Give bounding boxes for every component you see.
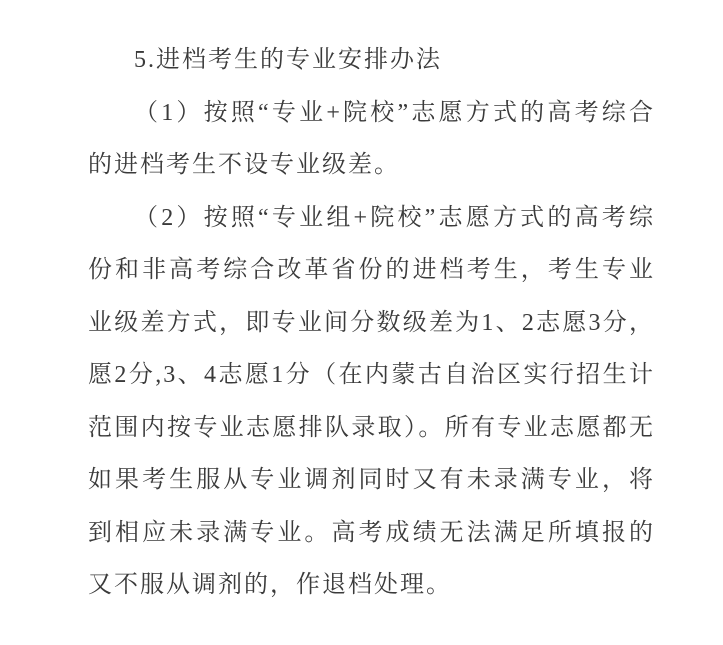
document-line: 如果考生服从专业调剂同时又有未录满专业，将由学校调剂: [88, 454, 655, 507]
document-text-block: 5.进档考生的专业安排办法 （1）按照“专业+院校”志愿方式的高考综合改革省份 …: [88, 34, 655, 612]
paragraph-heading: 5.进档考生的专业安排办法: [88, 34, 655, 87]
document-page: 5.进档考生的专业安排办法 （1）按照“专业+院校”志愿方式的高考综合改革省份 …: [0, 0, 723, 645]
document-line: 业级差方式，即专业间分数级差为1、2志愿3分，2、3志: [88, 297, 655, 350]
document-line: 范围内按专业志愿排队录取）。所有专业志愿都无法满足时，: [88, 402, 655, 455]
document-line: 份和非高考综合改革省份的进档考生，考生专业志愿选择专: [88, 244, 655, 297]
document-line: 的进档考生不设专业级差。: [88, 139, 655, 192]
document-line: （2）按照“专业组+院校”志愿方式的高考综合改革省: [88, 192, 655, 245]
paragraph-1: （1）按照“专业+院校”志愿方式的高考综合改革省份 的进档考生不设专业级差。: [88, 87, 655, 192]
document-line: 到相应未录满专业。高考成绩无法满足所填报的专业志愿，: [88, 507, 655, 560]
document-line: 5.进档考生的专业安排办法: [88, 34, 655, 87]
document-line: 愿2分,3、4志愿1分（在内蒙古自治区实行招生计划1:1: [88, 349, 655, 402]
document-line: 又不服从调剂的，作退档处理。: [88, 559, 655, 612]
paragraph-2: （2）按照“专业组+院校”志愿方式的高考综合改革省 份和非高考综合改革省份的进档…: [88, 192, 655, 612]
document-line: （1）按照“专业+院校”志愿方式的高考综合改革省份: [88, 87, 655, 140]
